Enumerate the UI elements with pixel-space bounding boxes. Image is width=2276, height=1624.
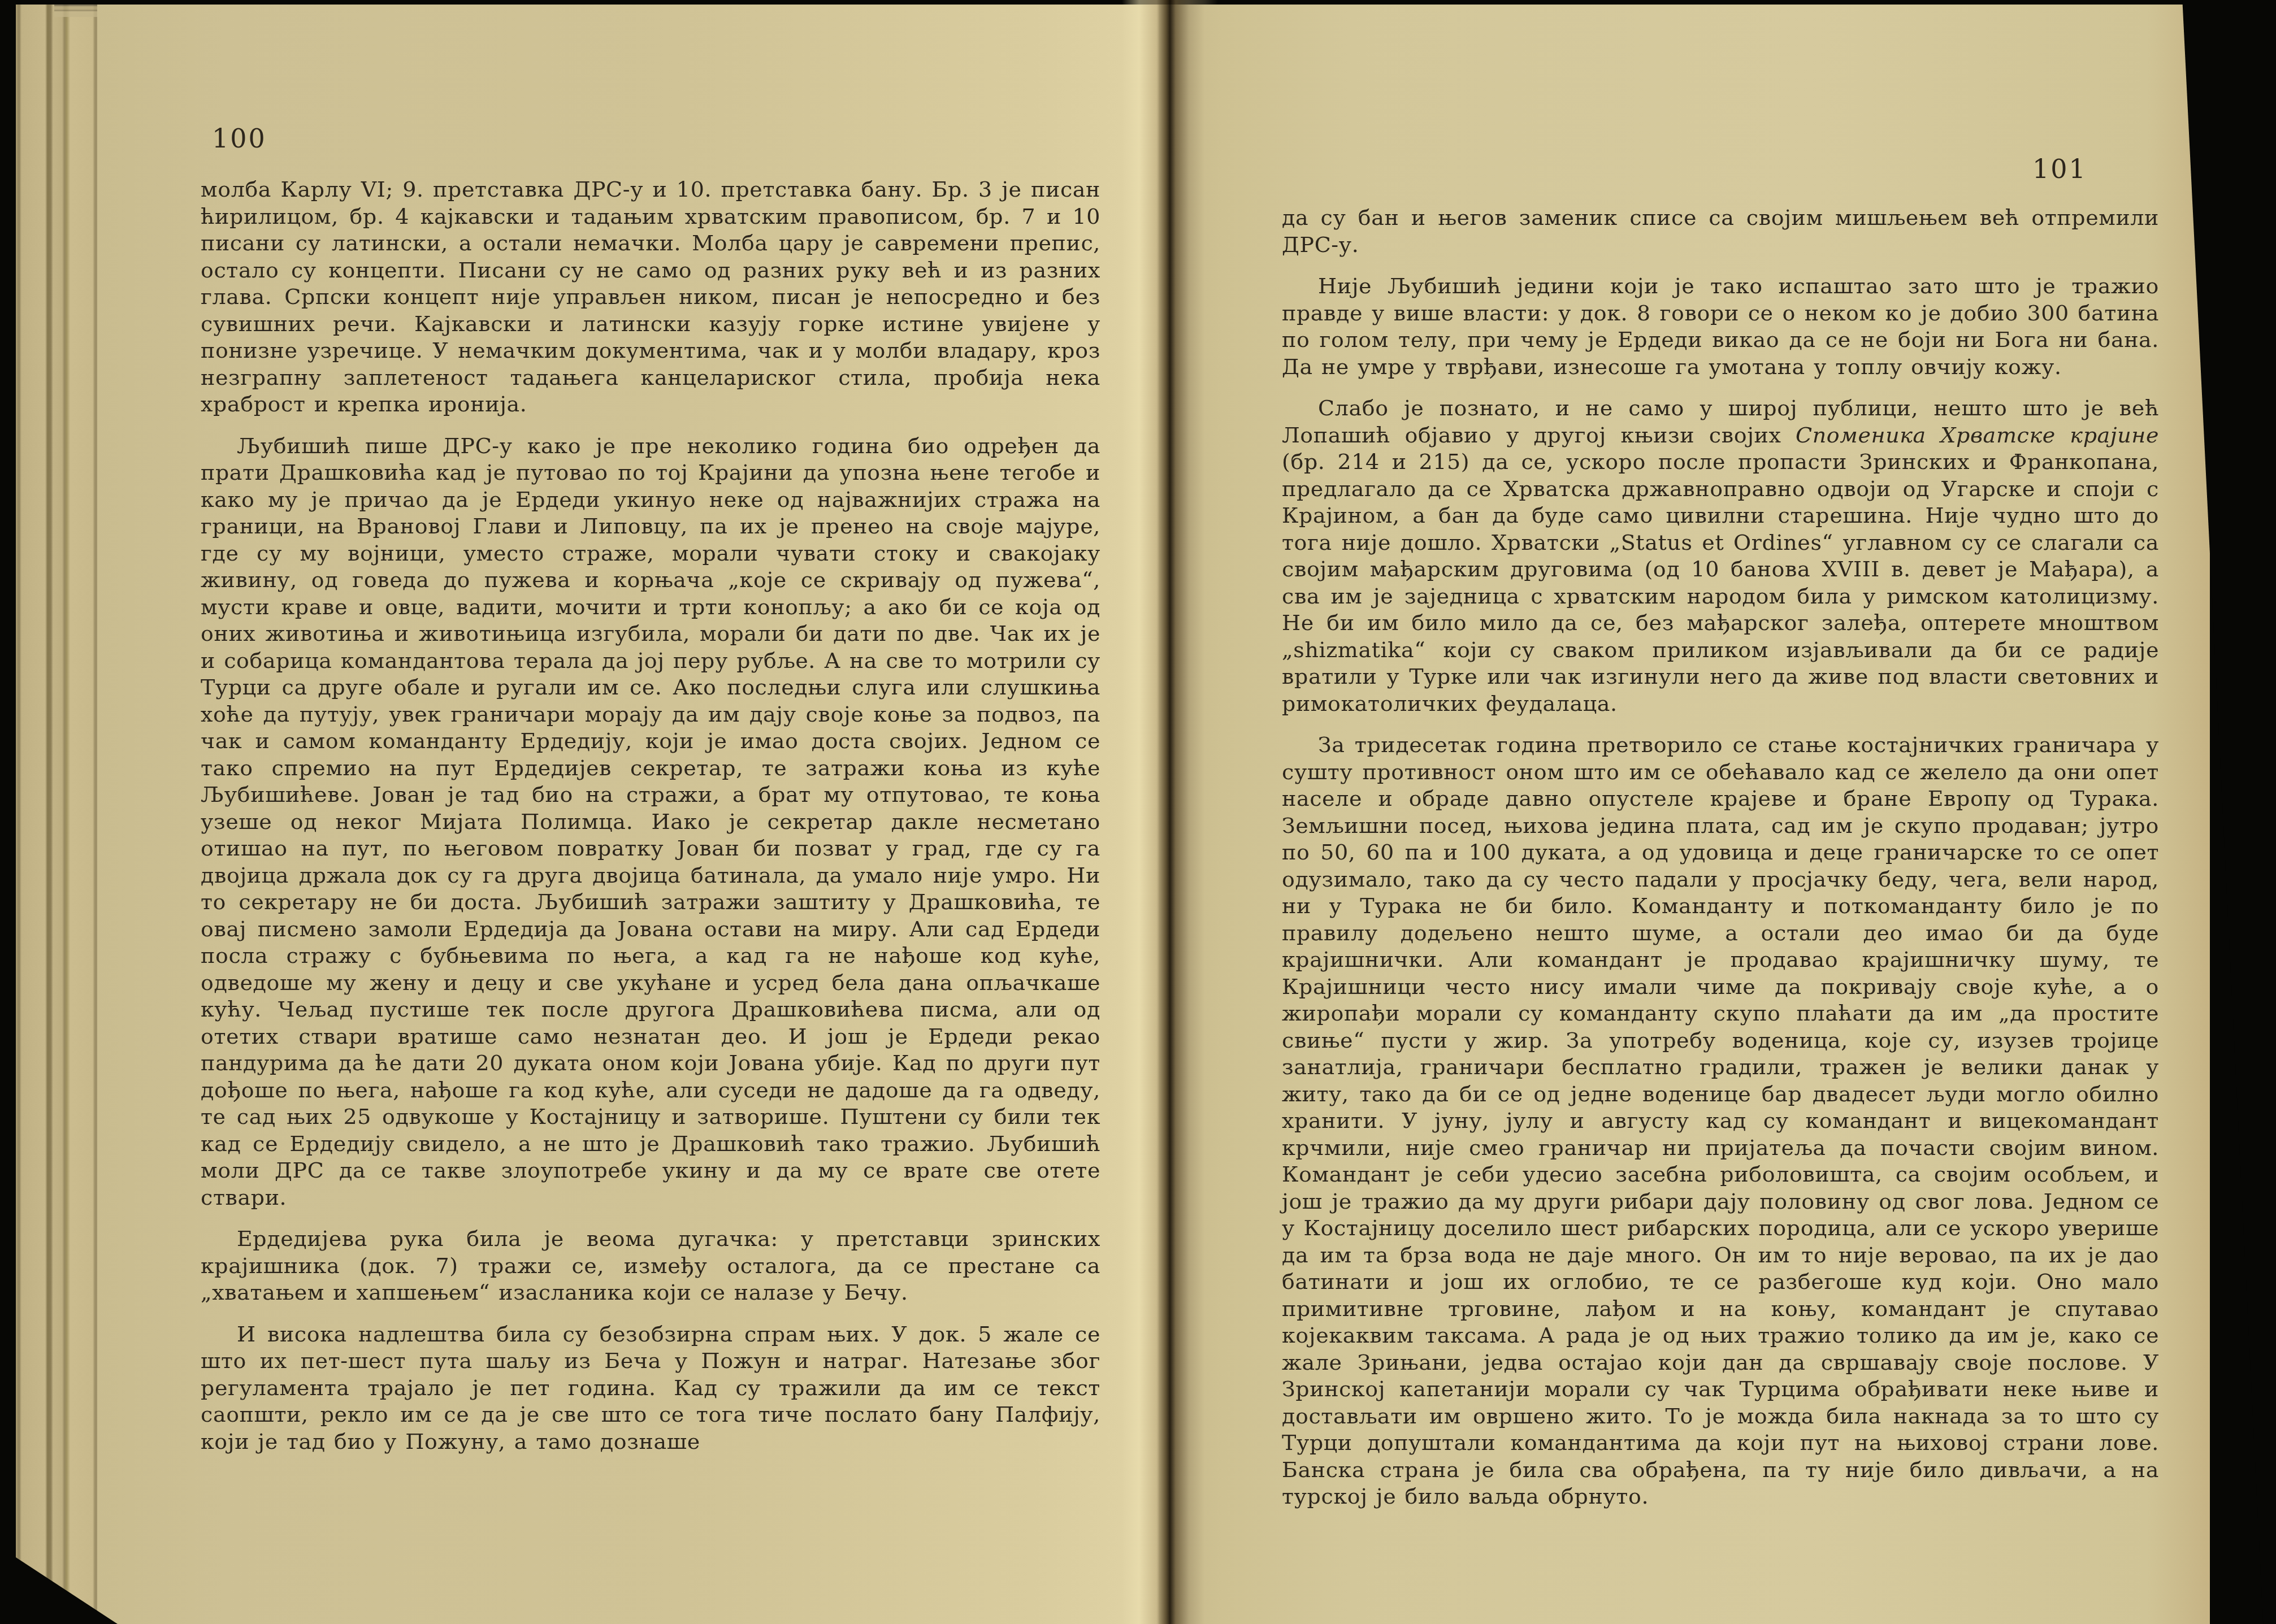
left-page-text: молба Карлу VI; 9. претставка ДРС-у и 10… [201,176,1100,1455]
book-gutter-shadow [1122,0,1218,1624]
paragraph: И висока надлештва била су безобзирна сп… [201,1321,1100,1456]
page-number-right: 101 [2032,154,2087,184]
paragraph: да су бан и његов заменик списе са своји… [1282,205,2159,258]
paragraph: Слабо је познато, и не само у широј публ… [1282,395,2159,717]
paragraph: молба Карлу VI; 9. претставка ДРС-у и 10… [201,176,1100,418]
page-number-left: 100 [212,123,267,154]
book-scan: 100 101 молба Карлу VI; 9. претставка ДР… [0,0,2276,1624]
right-page-text: да су бан и његов заменик списе са своји… [1282,205,2159,1510]
paragraph: Ердедијева рука била је веома дугачка: у… [201,1226,1100,1306]
paragraph: За тридесетак година претворило се стање… [1282,732,2159,1510]
paragraph: Није Љубишић једини који је тако испашта… [1282,273,2159,380]
paragraph: Љубишић пише ДРС-у како је пре неколико … [201,433,1100,1212]
